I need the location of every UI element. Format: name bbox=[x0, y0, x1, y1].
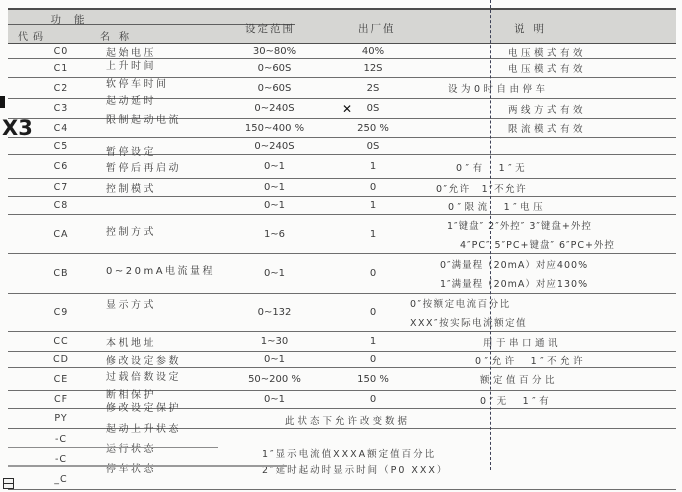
param-desc: 电压模式有效 bbox=[430, 61, 676, 75]
param-code: -C bbox=[8, 434, 100, 445]
short-divider-1 bbox=[8, 447, 218, 448]
param-range: 0~1 bbox=[235, 354, 330, 365]
short-divider-2 bbox=[8, 465, 287, 467]
param-range: 1~30 bbox=[235, 336, 330, 347]
param-desc: 0″满量程（20mA）对应400% 1″满量程（20mA）对应130% bbox=[430, 257, 676, 290]
param-factory: 12S bbox=[330, 63, 430, 74]
param-name: 上升时间 bbox=[100, 61, 235, 76]
param-name bbox=[100, 200, 235, 211]
header-description: 说明 bbox=[514, 21, 553, 36]
table-row: CA 控制方式 1~6 1 1″键盘″ 2″外控″ 3″键盘+外控 4″PC″ … bbox=[8, 215, 676, 254]
header-code: 代码 bbox=[18, 28, 48, 43]
py-state-note: 此状态下允许改变数据 bbox=[285, 413, 410, 427]
param-range: 30~80% bbox=[235, 46, 330, 57]
param-factory: 1 bbox=[330, 336, 430, 347]
param-code: C1 bbox=[8, 63, 100, 74]
param-range: 0~240S bbox=[235, 103, 330, 114]
param-factory: 250 % bbox=[330, 123, 430, 134]
param-code: C6 bbox=[8, 161, 100, 172]
param-code: C2 bbox=[8, 83, 100, 94]
param-factory: 1 bbox=[330, 229, 430, 240]
param-range: 0~60S bbox=[235, 83, 330, 94]
param-desc: 1″键盘″ 2″外控″ 3″键盘+外控 4″PC″ 5″PC+键盘″ 6″PC+… bbox=[430, 218, 676, 251]
param-factory: 1 bbox=[330, 161, 430, 172]
fold-dashed-line bbox=[490, 0, 491, 470]
table-header: 功能 代码 名称 设定范围 出厂值 说明 bbox=[8, 10, 676, 44]
param-name: 本机地址 bbox=[100, 334, 235, 349]
corner-symbol-line bbox=[4, 483, 13, 484]
table-row: C9 显示方式 0~132 0 0″按额定电流百分比 XXX″按实际电流额定值 bbox=[8, 294, 676, 332]
table-row: _C 停车状态 2″延时起动时显示时间（P0 XXX） bbox=[8, 469, 676, 490]
handwritten-cross-mark: ✕ bbox=[342, 102, 352, 116]
param-code: CE bbox=[8, 374, 100, 385]
corner-symbol bbox=[3, 478, 14, 489]
param-name: 0~20mA电流量程 bbox=[100, 266, 235, 281]
param-range: 0~60S bbox=[235, 63, 330, 74]
param-code: PY bbox=[8, 413, 100, 424]
param-factory: 0 bbox=[330, 354, 430, 365]
param-range: 0~1 bbox=[235, 394, 330, 405]
param-range: 0~1 bbox=[235, 182, 330, 193]
param-code: C7 bbox=[8, 182, 100, 193]
param-desc: 0″无 1″有 bbox=[430, 393, 676, 407]
param-name: 显示方式 bbox=[100, 305, 235, 320]
param-name: 限制起动电流 bbox=[100, 121, 235, 136]
display-note-2: 2″延时起动时显示时间（P0 XXX） bbox=[262, 462, 448, 476]
table-row: CC 本机地址 1~30 1 用于串口通讯 bbox=[8, 332, 676, 352]
table-row: CD 修改设定参数 0~1 0 0″允许 1″不允许 bbox=[8, 352, 676, 368]
param-factory: ✕ 0S bbox=[330, 103, 430, 114]
param-factory: 0 bbox=[330, 268, 430, 279]
param-code: CD bbox=[8, 354, 100, 365]
table-row: C7 控制模式 0~1 0 0″允许 1″不允许 bbox=[8, 179, 676, 197]
param-factory: 0 bbox=[330, 394, 430, 405]
param-code: _C bbox=[8, 474, 100, 485]
param-range: 0~1 bbox=[235, 200, 330, 211]
param-range: 0~1 bbox=[235, 161, 330, 172]
param-code: CB bbox=[8, 268, 100, 279]
param-code: C9 bbox=[8, 307, 100, 318]
param-name: 停车状态 bbox=[100, 472, 235, 487]
param-desc: 0″允许 1″不允许 bbox=[430, 353, 676, 367]
param-desc: 两线方式有效 bbox=[430, 102, 676, 116]
param-name: 控制模式 bbox=[100, 180, 235, 195]
param-desc: 用于串口通讯 bbox=[430, 335, 676, 349]
display-note-1: 1″显示电流值XXXA额定值百分比 bbox=[262, 446, 436, 460]
param-code: C5 bbox=[8, 141, 100, 152]
param-name: 修改设定参数 bbox=[100, 352, 235, 367]
param-range: 150~400 % bbox=[235, 123, 330, 134]
param-range: 0~132 bbox=[235, 307, 330, 318]
param-desc: 0″限流 1″电压 bbox=[430, 199, 676, 213]
param-desc: 0″有 1″无 bbox=[430, 160, 676, 174]
scanned-manual-page: 功能 代码 名称 设定范围 出厂值 说明 C0 起始电压 30~80% 40% … bbox=[0, 0, 682, 492]
param-factory: 2S bbox=[330, 83, 430, 94]
param-name: 过载倍数设定 bbox=[100, 372, 235, 387]
param-desc: 设为0时自由停车 bbox=[430, 81, 676, 95]
table-row: C8 0~1 1 0″限流 1″电压 bbox=[8, 197, 676, 215]
param-range: 50~200 % bbox=[235, 374, 330, 385]
param-code: CC bbox=[8, 336, 100, 347]
param-factory: 40% bbox=[330, 46, 430, 57]
param-desc: 0″按额定电流百分比 XXX″按实际电流额定值 bbox=[410, 294, 527, 331]
param-factory: 0 bbox=[330, 182, 430, 193]
header-name: 名称 bbox=[100, 28, 138, 43]
param-factory: 1 bbox=[330, 200, 430, 211]
param-desc: 限流模式有效 bbox=[430, 121, 676, 135]
table-row: C4 限制起动电流 150~400 % 250 % 限流模式有效 bbox=[8, 119, 676, 138]
param-name: 暂停后再启动 bbox=[100, 159, 235, 174]
header-range: 设定范围 bbox=[245, 21, 295, 36]
parameter-table: 功能 代码 名称 设定范围 出厂值 说明 C0 起始电压 30~80% 40% … bbox=[8, 8, 676, 490]
table-row: C5 暂停设定 0~240S 0S bbox=[8, 138, 676, 155]
param-name: 暂停设定 bbox=[100, 139, 235, 154]
header-factory-value: 出厂值 bbox=[358, 21, 396, 36]
param-desc: 电压模式有效 bbox=[430, 45, 676, 59]
param-code: CF bbox=[8, 394, 100, 405]
param-code: C0 bbox=[8, 46, 100, 57]
param-range: 0~1 bbox=[235, 268, 330, 279]
table-row: C6 暂停后再启动 0~1 1 0″有 1″无 bbox=[8, 155, 676, 179]
param-code: C3 bbox=[8, 103, 100, 114]
param-code: CA bbox=[8, 229, 100, 240]
table-row: CB 0~20mA电流量程 0~1 0 0″满量程（20mA）对应400% 1″… bbox=[8, 254, 676, 294]
param-desc: 0″允许 1″不允许 bbox=[436, 179, 527, 196]
param-factory: 150 % bbox=[330, 374, 430, 385]
param-code: C8 bbox=[8, 200, 100, 211]
param-range: 0~240S bbox=[235, 141, 330, 152]
param-desc: 额定值百分比 bbox=[430, 372, 676, 386]
x3-handwritten-annotation: X3 bbox=[2, 116, 33, 140]
param-range: 1~6 bbox=[235, 229, 330, 240]
left-edge-tick bbox=[0, 96, 5, 108]
param-code: -C bbox=[8, 454, 100, 465]
param-factory: 0S bbox=[330, 141, 430, 152]
param-name: 控制方式 bbox=[100, 227, 235, 242]
